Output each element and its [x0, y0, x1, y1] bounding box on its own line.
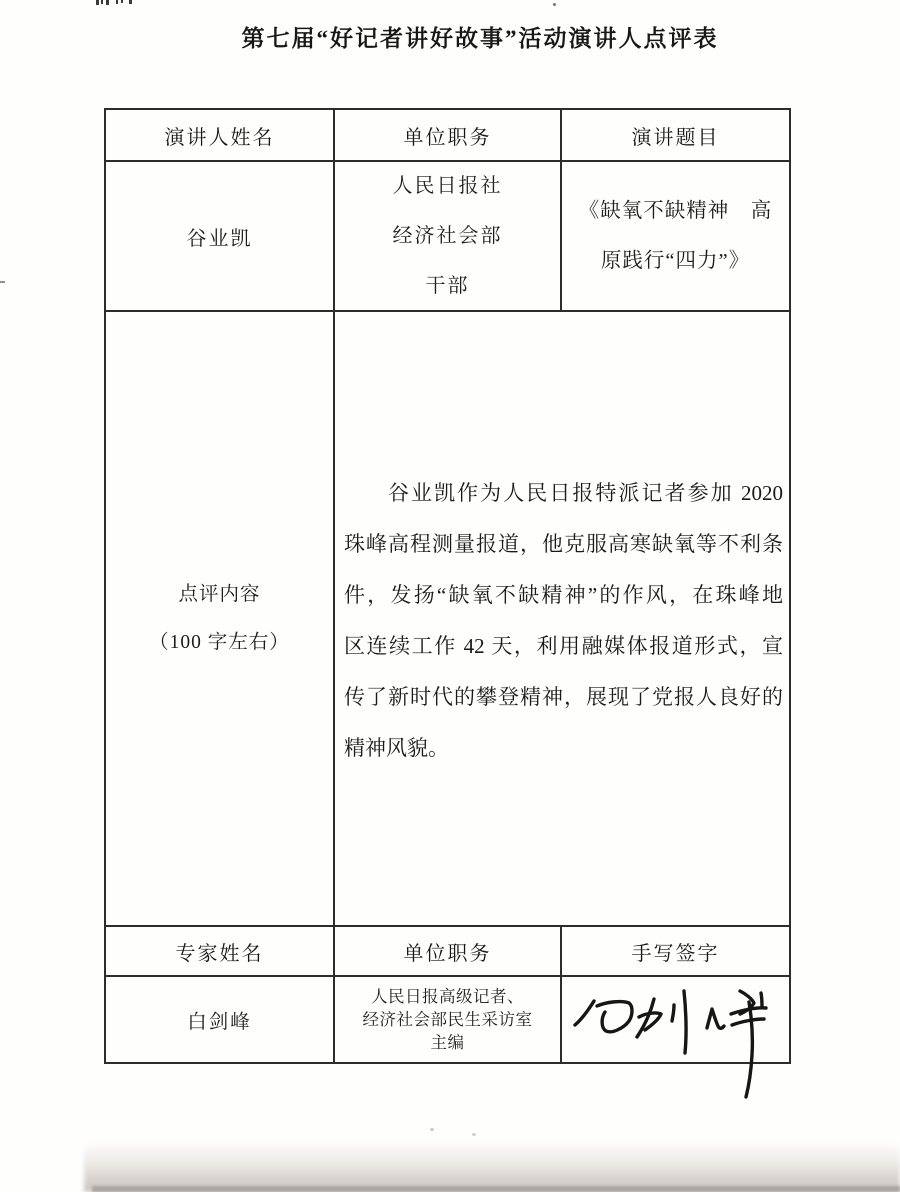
- comment-line: 件，发扬“缺氧不缺精神”的作风，在珠峰地: [344, 570, 783, 621]
- scan-artifact-tick: [0, 281, 5, 283]
- comment-content: 谷业凯作为人民日报特派记者参加 2020 珠峰高程测量报道，他克服高寒缺氧等不利…: [335, 312, 789, 927]
- expert-unit: 人民日报高级记者、 经济社会部民生采访室 主编: [335, 977, 562, 1062]
- expert-unit-line: 主编: [431, 1031, 465, 1054]
- expert-name: 白剑峰: [106, 977, 335, 1062]
- scan-artifact-tick: [116, 0, 118, 4]
- scan-speck: [553, 3, 556, 6]
- speaker-unit-line: 经济社会部: [393, 211, 503, 261]
- expert-unit-line: 经济社会部民生采访室: [363, 1008, 533, 1031]
- comment-line: 珠峰高程测量报道，他克服高寒缺氧等不利条: [344, 519, 783, 570]
- speech-topic-line: 《缺氧不缺精神 高: [579, 186, 773, 236]
- speaker-unit: 人民日报社 经济社会部 干部: [335, 162, 562, 312]
- header-expert-name: 专家姓名: [106, 927, 335, 977]
- speaker-unit-line: 人民日报社: [393, 161, 503, 211]
- comment-line: 精神风貌。: [344, 723, 783, 774]
- signature-cell: [562, 977, 789, 1062]
- scan-speck: [430, 1128, 434, 1131]
- comment-label-line: 点评内容: [178, 571, 260, 619]
- scan-artifact-tick: [121, 0, 123, 3]
- speaker-unit-line: 干部: [426, 261, 470, 311]
- scan-speck: [472, 1133, 476, 1136]
- expert-unit-line: 人民日报高级记者、: [371, 985, 524, 1008]
- scan-artifact-tick: [96, 0, 99, 5]
- comment-label-line: （100 字左右）: [149, 619, 290, 667]
- header-expert-unit: 单位职务: [335, 927, 562, 977]
- comment-line: 区连续工作 42 天，利用融媒体报道形式，宣: [344, 621, 783, 672]
- scan-shadow-band: [84, 1142, 900, 1192]
- header-speech-topic: 演讲题目: [562, 110, 789, 162]
- scan-shadow-edge: [92, 1186, 900, 1192]
- scan-artifact-tick: [106, 0, 109, 5]
- speech-topic-line: 原践行“四力”》: [601, 236, 750, 286]
- comment-line: 谷业凯作为人民日报特派记者参加 2020: [344, 468, 783, 519]
- header-unit-position: 单位职务: [335, 110, 562, 162]
- header-speaker-name: 演讲人姓名: [106, 110, 335, 162]
- comment-line: 传了新时代的攀登精神，展现了党报人良好的: [344, 672, 783, 723]
- speech-topic: 《缺氧不缺精神 高 原践行“四力”》: [562, 162, 789, 312]
- speaker-name: 谷业凯: [106, 162, 335, 312]
- page-title: 第七届“好记者讲好故事”活动演讲人点评表: [60, 20, 900, 53]
- comment-label: 点评内容 （100 字左右）: [106, 312, 335, 927]
- header-handwritten-signature: 手写签字: [562, 927, 789, 977]
- scan-artifact-tick: [101, 0, 103, 4]
- review-table: 演讲人姓名 单位职务 演讲题目 谷业凯 人民日报社 经济社会部 干部 《缺氧不缺…: [104, 108, 791, 1064]
- scan-artifact-tick: [129, 0, 132, 4]
